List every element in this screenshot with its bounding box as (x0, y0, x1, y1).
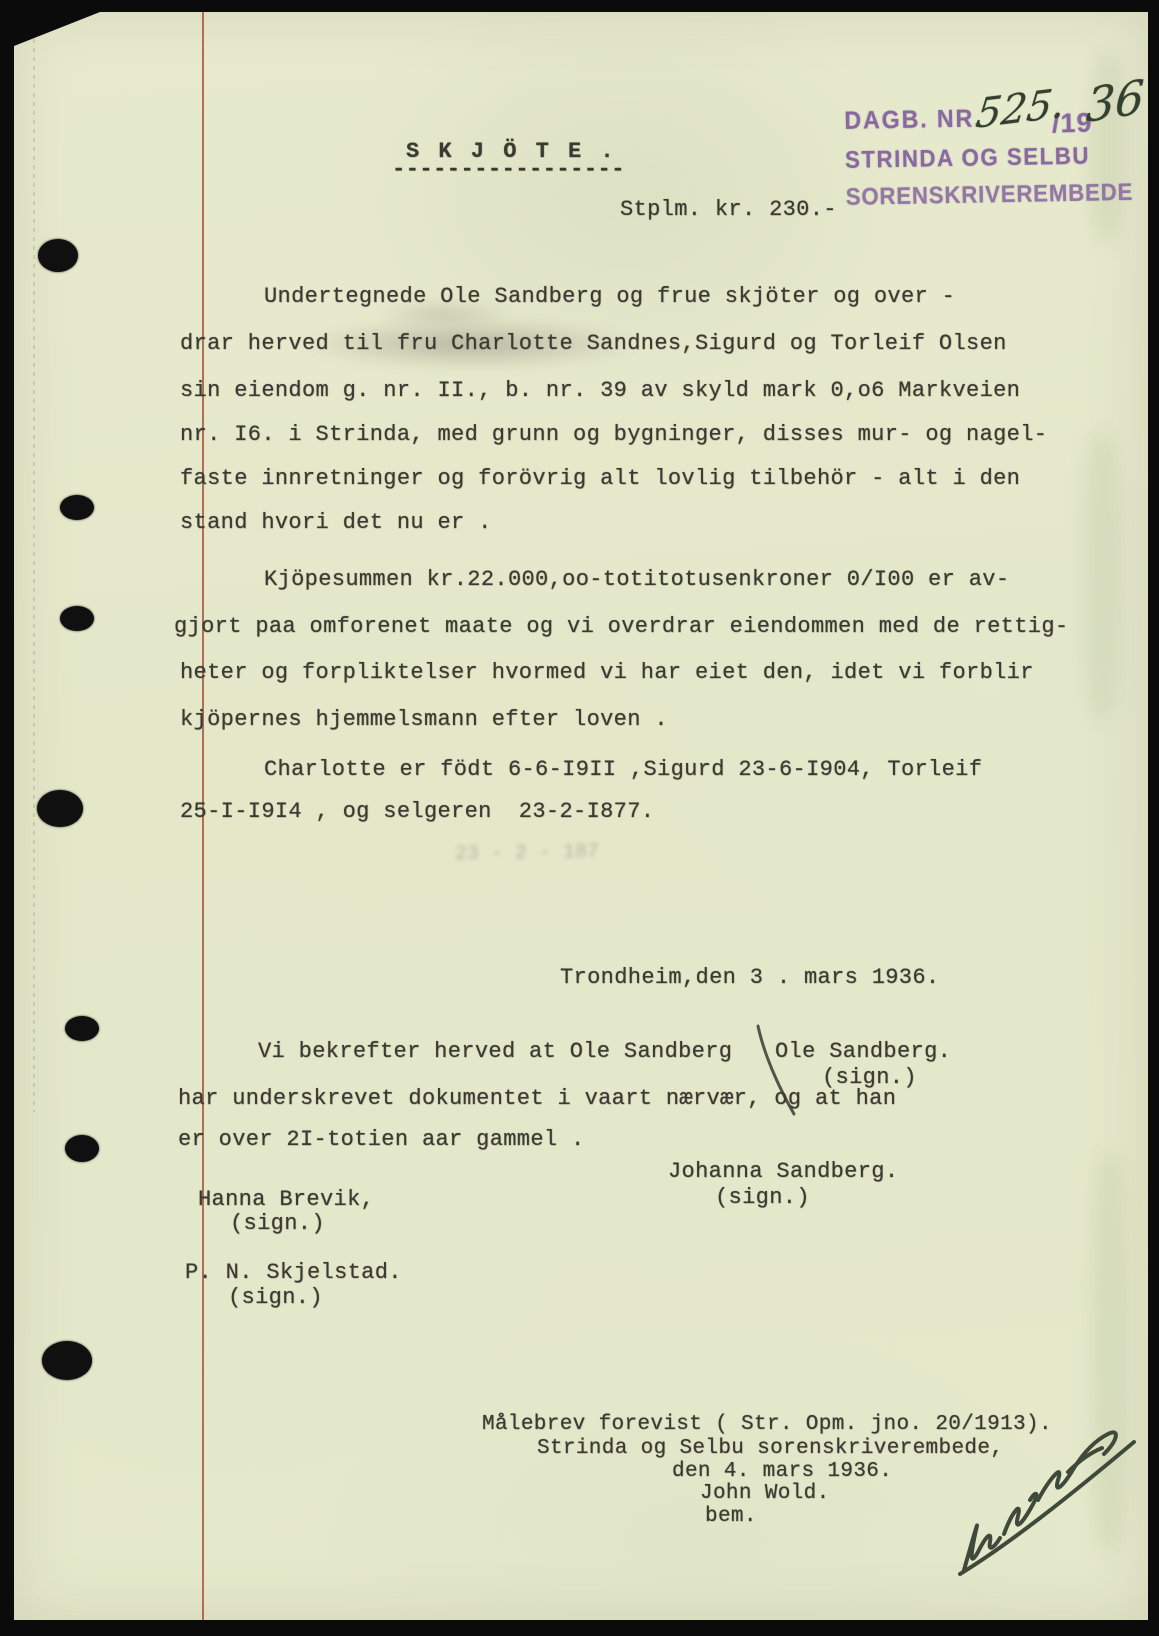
punch-hole-6 (65, 1135, 99, 1162)
sig-hanna-name: Hanna Brevik, (198, 1188, 374, 1212)
stamp-fee-line: Stplm. kr. 230.- (620, 198, 837, 222)
place-date-line: Trondheim,den 3 . mars 1936. (560, 966, 939, 990)
footer-line3: den 4. mars 1936. (672, 1460, 892, 1484)
footer-line4: John Wold. (700, 1482, 830, 1506)
sig-skjelstad-name: P. N. Skjelstad. (185, 1261, 402, 1285)
punch-hole-3 (60, 606, 94, 631)
para1-line5: faste innretninger og forövrig alt lovli… (180, 467, 1020, 491)
attest-line2: har underskrevet dokumentet i vaart nærv… (178, 1087, 896, 1111)
para1-line6: stand hvori det nu er . (180, 511, 492, 535)
scanned-document: 23 - 2 - 187 DAGB. NR. STRINDA OG SELBU … (0, 0, 1159, 1636)
punch-hole-7 (42, 1341, 92, 1380)
attest-line3: er over 2I-totien aar gammel . (178, 1128, 585, 1152)
para2-line2: gjort paa omforenet maate og vi overdrar… (174, 615, 1068, 639)
footer-line5: bem. (705, 1505, 757, 1529)
stamp-office-line1: STRINDA OG SELBU (845, 142, 1152, 175)
sig-johanna-sign: (sign.) (715, 1186, 810, 1210)
footer-line2: Strinda og Selbu sorenskriverembede, (537, 1437, 1003, 1461)
sig-ole-name: Ole Sandberg. (775, 1040, 951, 1064)
para2-line4: kjöpernes hjemmelsmann efter loven . (180, 708, 668, 732)
sig-hanna-sign: (sign.) (230, 1212, 325, 1236)
para1-line1: Undertegnede Ole Sandberg og frue skjöte… (264, 285, 955, 309)
para2-line1: Kjöpesummen kr.22.000,oo-totitotusenkron… (264, 568, 1009, 592)
paper-page: 23 - 2 - 187 DAGB. NR. STRINDA OG SELBU … (14, 12, 1148, 1620)
left-crease-line (33, 12, 35, 1112)
punch-hole-2 (60, 495, 94, 520)
para3-line1: Charlotte er födt 6-6-I9II ,Sigurd 23-6-… (264, 758, 982, 782)
sig-johanna-name: Johanna Sandberg. (668, 1160, 898, 1184)
para1-line2: drar herved til fru Charlotte Sandnes,Si… (180, 332, 1007, 356)
scan-corner-shadow (14, 12, 100, 46)
para3-line2: 25-I-I9I4 , og selgeren 23-2-I877. (180, 800, 654, 824)
punch-hole-5 (65, 1016, 99, 1041)
para1-line3: sin eiendom g. nr. II., b. nr. 39 av sky… (180, 379, 1020, 403)
title-underline: ----------------- (392, 158, 625, 182)
punch-hole-4 (37, 790, 83, 827)
handwritten-signature (942, 1402, 1152, 1592)
bleed-through-text: 23 - 2 - 187 (455, 841, 599, 867)
para2-line3: heter og forpliktelser hvormed vi har ei… (180, 661, 1034, 685)
para1-line4: nr. I6. i Strinda, med grunn og bygninge… (180, 423, 1047, 447)
handwritten-year: 36 (1085, 69, 1146, 133)
bleed-mark-mid-right (1084, 432, 1120, 722)
stamp-office-line2: SORENSKRIVEREMBEDE (845, 179, 1152, 212)
attest-line1: Vi bekrefter herved at Ole Sandberg (258, 1040, 732, 1064)
sig-skjelstad-sign: (sign.) (228, 1286, 323, 1310)
punch-hole-1 (38, 239, 78, 272)
